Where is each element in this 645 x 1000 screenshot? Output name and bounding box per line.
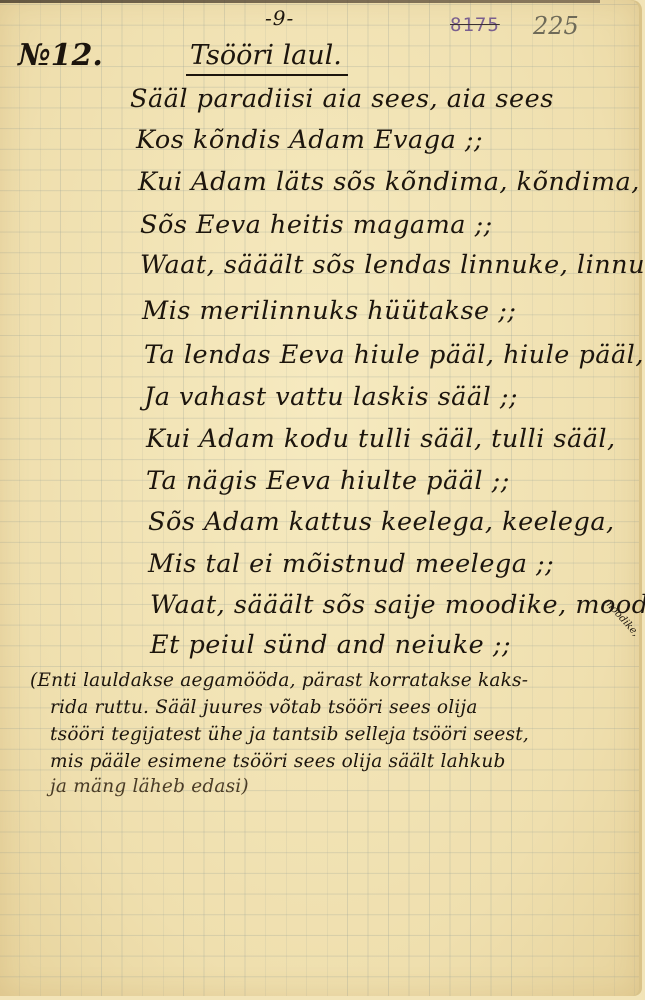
performance-note-line: tsööri tegijatest ühe ja tantsib selleja… [50,724,529,745]
verse-line: Mis tal ei mõistnud meelega ;; [148,549,554,579]
song-number: №12. [18,38,103,73]
verse-line: Ja vahast vattu laskis sääl ;; [144,382,518,412]
performance-note-line: ja mäng läheb edasi) [50,776,249,797]
verse-line: Et peiul sünd and neiuke ;; [150,630,511,660]
verse-line: Waat, sääält sõs lendas linnuke, linnuke… [140,250,645,280]
verse-line: Waat, sääält sõs saije moodike, moodike, [150,590,645,620]
verse-line: Kui Adam läts sõs kõndima, kõndima, [138,167,640,197]
verse-line: Ta lendas Eeva hiule pääl, hiule pääl, [144,340,644,370]
page-number: -9- [265,6,294,30]
verse-line: Sääl paradiisi aia sees, aia sees [130,84,554,114]
verse-line: Kui Adam kodu tulli sääl, tulli sääl, [146,424,616,454]
song-title: Tsööri laul. [186,40,348,76]
performance-note-line: mis pääle esimene tsööri sees olija sääl… [50,751,506,772]
archive-number-struck: 8175 [450,14,500,36]
verse-line: Mis merilinnuks hüütakse ;; [142,296,516,326]
verse-line: Sõs Eeva heitis magama ;; [140,210,493,240]
verse-line: Sõs Adam kattus keelega, keelega, [148,507,615,537]
verse-line: Kos kõndis Adam Evaga ;; [136,125,483,155]
performance-note-line: (Enti lauldakse aegamööda, pärast korrat… [30,670,528,691]
archive-number-pencil: 225 [533,12,579,40]
performance-note-line: rida ruttu. Sääl juures võtab tsööri see… [50,697,478,718]
manuscript-page: -9- 8175 225 №12. Tsööri laul. Sääl para… [0,0,639,996]
verse-line: Ta nägis Eeva hiulte pääl ;; [146,466,510,496]
page-top-edge [0,0,600,3]
